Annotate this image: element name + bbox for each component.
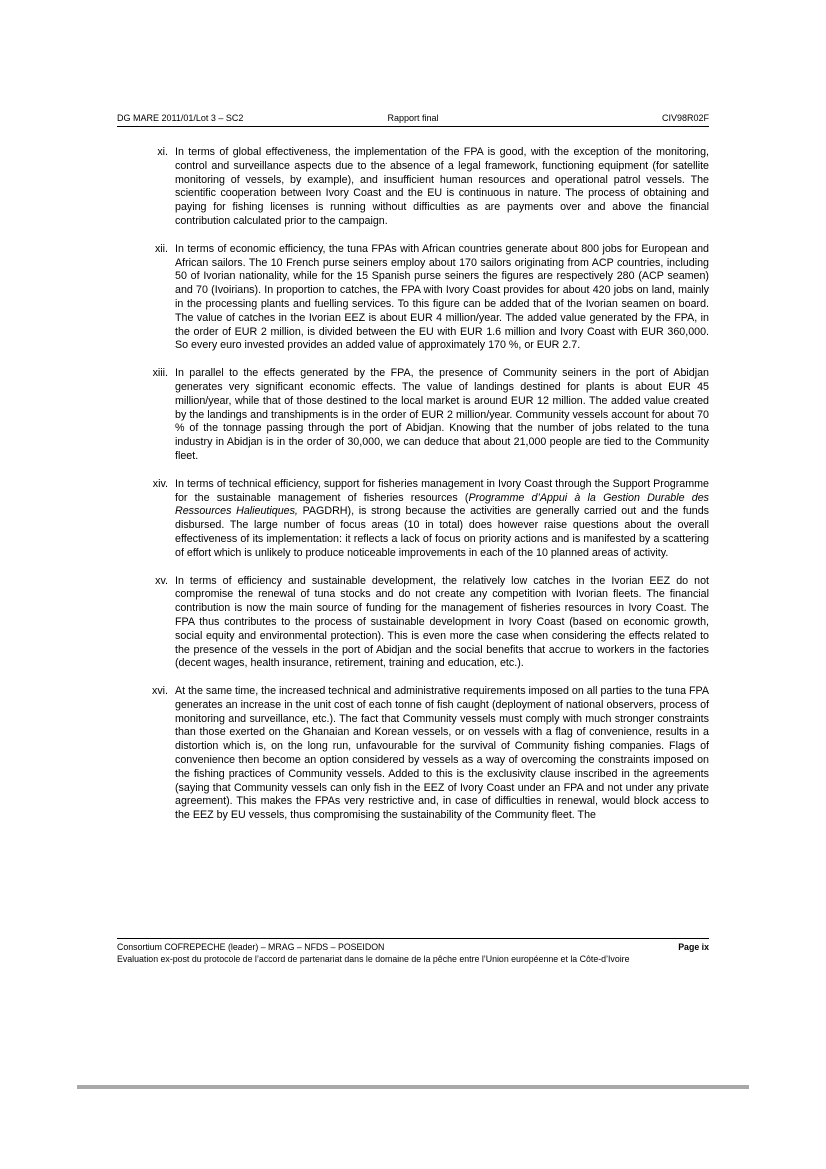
- paragraph-xi: xi. In terms of global effectiveness, th…: [117, 146, 709, 229]
- document-body: xi. In terms of global effectiveness, th…: [117, 146, 709, 837]
- header-title: Rapport final: [314, 113, 511, 123]
- paragraph-text: In terms of economic efficiency, the tun…: [175, 243, 709, 353]
- paragraph-text: In terms of technical efficiency, suppor…: [175, 478, 709, 561]
- footer-subtitle: Evaluation ex-post du protocole de l’acc…: [117, 954, 709, 965]
- header-code: CIV98R02F: [512, 113, 709, 123]
- paragraph-xvi: xvi. At the same time, the increased tec…: [117, 685, 709, 823]
- paragraph-text: At the same time, the increased technica…: [175, 685, 709, 823]
- paragraph-xiii: xiii. In parallel to the effects generat…: [117, 367, 709, 464]
- paragraph-text: In terms of global effectiveness, the im…: [175, 146, 709, 229]
- paragraph-text: In terms of efficiency and sustainable d…: [175, 575, 709, 672]
- footer-consortium: Consortium COFREPECHE (leader) – MRAG – …: [117, 942, 384, 953]
- page-bottom-separator: [77, 1085, 749, 1089]
- paragraph-number: xiii.: [117, 367, 175, 464]
- page-header: DG MARE 2011/01/Lot 3 – SC2 Rapport fina…: [117, 113, 709, 127]
- paragraph-number: xv.: [117, 575, 175, 672]
- paragraph-xv: xv. In terms of efficiency and sustainab…: [117, 575, 709, 672]
- footer-page-number: Page ix: [678, 942, 709, 953]
- paragraph-xii: xii. In terms of economic efficiency, th…: [117, 243, 709, 353]
- paragraph-number: xi.: [117, 146, 175, 229]
- paragraph-text: In parallel to the effects generated by …: [175, 367, 709, 464]
- page-footer: Consortium COFREPECHE (leader) – MRAG – …: [117, 938, 709, 965]
- paragraph-number: xvi.: [117, 685, 175, 823]
- paragraph-xiv: xiv. In terms of technical efficiency, s…: [117, 478, 709, 561]
- paragraph-number: xiv.: [117, 478, 175, 561]
- header-reference: DG MARE 2011/01/Lot 3 – SC2: [117, 113, 314, 123]
- paragraph-number: xii.: [117, 243, 175, 353]
